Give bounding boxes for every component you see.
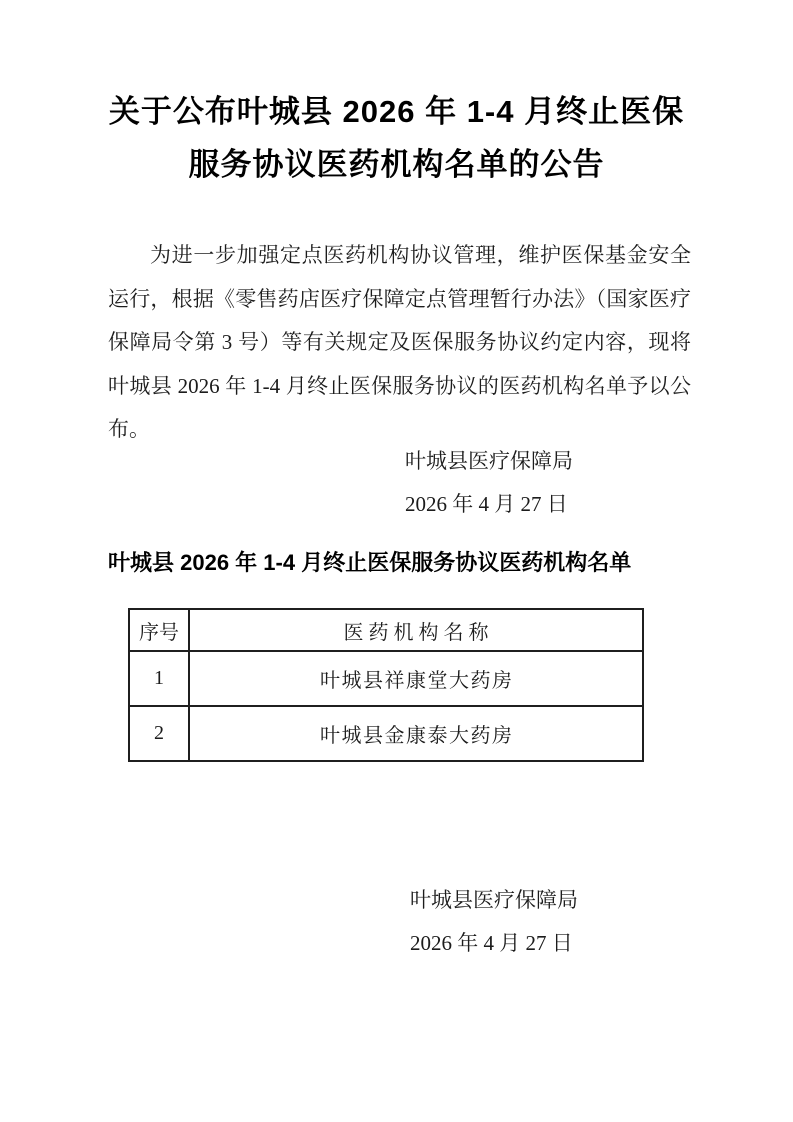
announcement-title: 关于公布叶城县 2026 年 1-4 月终止医保 服务协议医药机构名单的公告 [0, 85, 793, 191]
announcement-page: 关于公布叶城县 2026 年 1-4 月终止医保 服务协议医药机构名单的公告 为… [0, 0, 793, 1122]
signature-block-bottom: 叶城县医疗保障局 2026 年 4 月 27 日 [410, 879, 578, 965]
list-title: 叶城县 2026 年 1-4 月终止医保服务协议医药机构名单 [108, 547, 631, 579]
title-line-2: 服务协议医药机构名单的公告 [0, 138, 793, 191]
cell-institution-name: 叶城县金康泰大药房 [189, 706, 643, 761]
header-cell-name: 医药机构名称 [189, 609, 643, 651]
table-row: 1 叶城县祥康堂大药房 [129, 651, 643, 706]
signature-date: 2026 年 4 月 27 日 [410, 922, 578, 965]
cell-row-index: 2 [129, 706, 189, 761]
table-header-row: 序号 医药机构名称 [129, 609, 643, 651]
signature-org: 叶城县医疗保障局 [405, 440, 573, 483]
header-cell-index: 序号 [129, 609, 189, 651]
cell-row-index: 1 [129, 651, 189, 706]
signature-date: 2026 年 4 月 27 日 [405, 483, 573, 526]
signature-org: 叶城县医疗保障局 [410, 879, 578, 922]
institutions-table: 序号 医药机构名称 1 叶城县祥康堂大药房 2 叶城县金康泰大药房 [128, 608, 644, 762]
title-line-1: 关于公布叶城县 2026 年 1-4 月终止医保 [0, 85, 793, 138]
cell-institution-name: 叶城县祥康堂大药房 [189, 651, 643, 706]
table-row: 2 叶城县金康泰大药房 [129, 706, 643, 761]
signature-block-top: 叶城县医疗保障局 2026 年 4 月 27 日 [405, 440, 573, 526]
body-paragraph: 为进一步加强定点医药机构协议管理，维护医保基金安全运行，根据《零售药店医疗保障定… [108, 234, 691, 452]
